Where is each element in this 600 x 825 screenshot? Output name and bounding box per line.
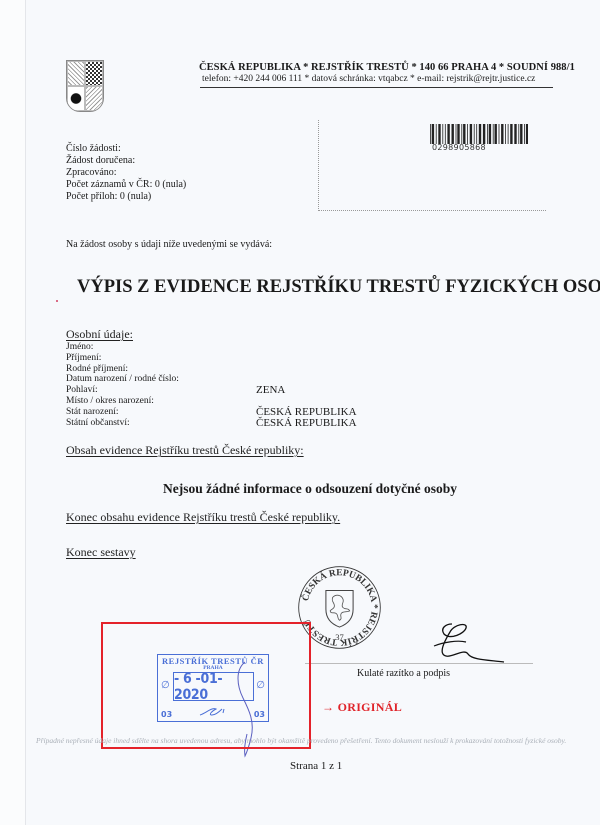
personal-data-heading: Osobní údaje: xyxy=(66,327,133,342)
scan-speck xyxy=(56,300,58,302)
highlight-frame xyxy=(101,622,311,749)
field-label: Státní občanství: xyxy=(66,418,256,429)
signature-icon xyxy=(430,618,510,663)
personal-field-row: Rodné příjmení: xyxy=(66,364,357,375)
scan-margin xyxy=(0,0,26,825)
header-divider xyxy=(200,87,553,88)
attachment-count: Počet příloh: 0 (nula) xyxy=(66,191,186,203)
field-value: ČESKÁ REPUBLIKA xyxy=(256,407,357,418)
end-of-content: Konec obsahu evidence Rejstříku trestů Č… xyxy=(66,510,340,525)
no-records-statement: Nejsou žádné informace o odsouzení dotyč… xyxy=(163,481,457,497)
signature-label: Kulaté razítko a podpis xyxy=(357,668,450,679)
barcode-icon xyxy=(430,124,528,144)
disclaimer-text: Případné nepřesné údaje ihned sdělte na … xyxy=(36,736,571,746)
field-value: ZENA xyxy=(256,385,285,396)
barcode-number: 0298905868 xyxy=(432,143,486,152)
request-processed: Zpracováno: xyxy=(66,167,186,179)
signature-line xyxy=(305,663,533,664)
personal-field-row: Státní občanství:ČESKÁ REPUBLIKA xyxy=(66,418,357,429)
header-contact: telefon: +420 244 006 111 * datová schrá… xyxy=(202,74,535,84)
personal-field-row: Datum narození / rodné číslo: xyxy=(66,374,357,385)
field-label: Pohlaví: xyxy=(66,385,256,396)
field-label: Příjmení: xyxy=(66,353,256,364)
field-label: Datum narození / rodné číslo: xyxy=(66,374,256,385)
svg-text:37: 37 xyxy=(335,632,344,642)
request-number: Číslo žádosti: xyxy=(66,143,186,155)
field-label: Místo / okres narození: xyxy=(66,396,256,407)
field-label: Rodné příjmení: xyxy=(66,364,256,375)
personal-field-row: Jméno: xyxy=(66,342,357,353)
original-label: → ORIGINÁL xyxy=(322,700,402,715)
personal-data-fields: Jméno:Příjmení:Rodné příjmení:Datum naro… xyxy=(66,342,357,428)
personal-field-row: Příjmení: xyxy=(66,353,357,364)
personal-field-row: Stát narození:ČESKÁ REPUBLIKA xyxy=(66,407,357,418)
document-title: VÝPIS Z EVIDENCE REJSTŘÍKU TRESTŮ FYZICK… xyxy=(77,277,600,298)
end-of-report: Konec sestavy xyxy=(66,545,136,560)
content-heading: Obsah evidence Rejstříku trestů České re… xyxy=(66,443,304,458)
record-count: Počet záznamů v ČR: 0 (nula) xyxy=(66,179,186,191)
state-emblem-icon xyxy=(66,60,104,112)
request-received: Žádost doručena: xyxy=(66,155,186,167)
page-number: Strana 1 z 1 xyxy=(290,760,342,772)
field-value: ČESKÁ REPUBLIKA xyxy=(256,418,357,429)
issue-statement: Na žádost osoby s údaji níže uvedenými s… xyxy=(66,239,272,250)
personal-field-row: Pohlaví:ZENA xyxy=(66,385,357,396)
field-label: Stát narození: xyxy=(66,407,256,418)
field-label: Jméno: xyxy=(66,342,256,353)
request-info: Číslo žádosti: Žádost doručena: Zpracová… xyxy=(66,143,186,203)
header-address: ČESKÁ REPUBLIKA * REJSTŘÍK TRESTŮ * 140 … xyxy=(199,62,575,73)
